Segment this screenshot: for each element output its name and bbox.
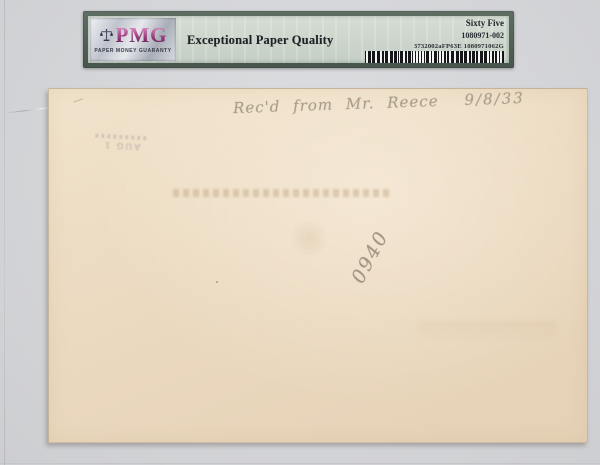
- pmg-holder-photo: PMG PAPER MONEY GUARANTY Exceptional Pap…: [0, 0, 600, 465]
- grade-word: Sixty Five: [365, 18, 504, 28]
- pmg-label: PMG PAPER MONEY GUARANTY Exceptional Pap…: [83, 11, 514, 68]
- pmg-brand-subtext: PAPER MONEY GUARANTY: [94, 48, 171, 54]
- paper-speck: [216, 281, 218, 283]
- pmg-label-face: PMG PAPER MONEY GUARANTY Exceptional Pap…: [88, 16, 509, 63]
- inscription-text: Rec'd from Mr. Reece: [233, 92, 439, 117]
- handwritten-inscription: Rec'd from Mr. Reece9/8/33: [233, 89, 525, 117]
- pencil-corner-mark: [73, 98, 83, 102]
- show-through-seal-ghost: [287, 221, 331, 255]
- show-through-title-ghost: [171, 189, 389, 197]
- show-through-corner-ghost: [417, 321, 557, 343]
- pmg-scales-icon: [99, 28, 114, 43]
- cert-number: 1080971-002: [365, 31, 504, 40]
- penciled-number: 0940: [347, 227, 393, 287]
- stamp-text: AUG 1: [94, 140, 150, 153]
- barcode: [365, 51, 504, 63]
- pmg-brand-text: PMG: [116, 25, 168, 46]
- note-back: Rec'd from Mr. Reece9/8/33 AUG 1 0940: [48, 88, 588, 443]
- holder-edge: [4, 0, 5, 465]
- holder-edge: [0, 463, 600, 464]
- label-grade-block: Sixty Five 1080971-002 3732002aFP63E 108…: [365, 18, 504, 63]
- faint-date-stamp: AUG 1: [94, 134, 151, 153]
- inscription-date: 9/8/33: [464, 89, 525, 109]
- catalog-line: 3732002aFP63E 1080971062G: [365, 43, 504, 50]
- label-comment-epq: Exceptional Paper Quality: [187, 33, 333, 48]
- pmg-logo-foil: PMG PAPER MONEY GUARANTY: [90, 18, 176, 61]
